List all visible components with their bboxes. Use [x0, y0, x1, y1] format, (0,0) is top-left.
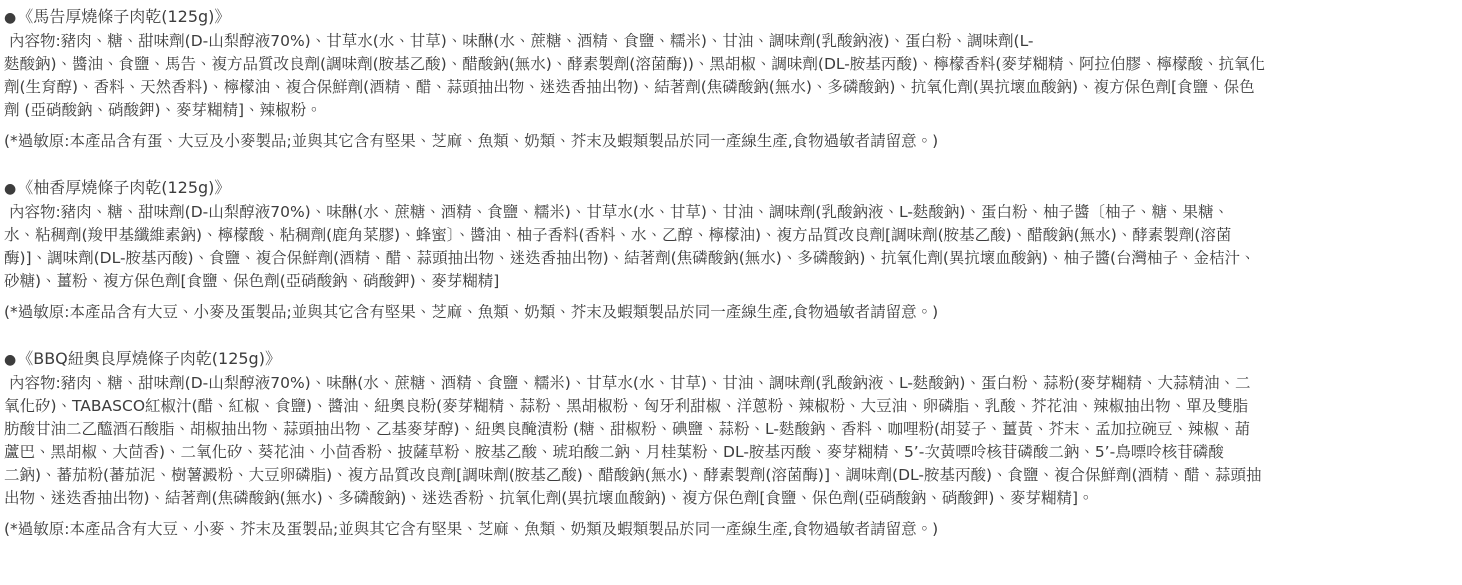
allergen-note: (*過敏原:本產品含有大豆、小麥、芥末及蛋製品;並與其它含有堅果、芝麻、魚類、奶… [4, 518, 1458, 541]
product-block-magao: ●《馬告厚燒條子肉乾(125g)》 內容物:豬肉、糖、甜味劑(D-山梨醇液70%… [4, 5, 1458, 153]
product-block-bbq-neworleans: ●《BBQ紐奧良厚燒條子肉乾(125g)》 內容物:豬肉、糖、甜味劑(D-山梨醇… [4, 347, 1458, 541]
ingredients-text: 內容物:豬肉、糖、甜味劑(D-山梨醇液70%)、味醂(水、蔗糖、酒精、食鹽、糯米… [4, 372, 1458, 510]
product-ingredient-document: ●《馬告厚燒條子肉乾(125g)》 內容物:豬肉、糖、甜味劑(D-山梨醇液70%… [0, 0, 1462, 541]
product-title: ●《馬告厚燒條子肉乾(125g)》 [4, 5, 1458, 30]
allergen-note: (*過敏原:本產品含有蛋、大豆及小麥製品;並與其它含有堅果、芝麻、魚類、奶類、芥… [4, 130, 1458, 153]
product-title: ●《柚香厚燒條子肉乾(125g)》 [4, 176, 1458, 201]
product-title: ●《BBQ紐奧良厚燒條子肉乾(125g)》 [4, 347, 1458, 372]
ingredients-text: 內容物:豬肉、糖、甜味劑(D-山梨醇液70%)、味醂(水、蔗糖、酒精、食鹽、糯米… [4, 201, 1458, 293]
product-title-text: 《柚香厚燒條子肉乾(125g)》 [17, 178, 230, 197]
product-title-text: 《BBQ紐奧良厚燒條子肉乾(125g)》 [17, 349, 281, 368]
bullet-icon: ● [4, 10, 16, 26]
ingredients-text: 內容物:豬肉、糖、甜味劑(D-山梨醇液70%)、甘草水(水、甘草)、味醂(水、蔗… [4, 30, 1458, 122]
allergen-note: (*過敏原:本產品含有大豆、小麥及蛋製品;並與其它含有堅果、芝麻、魚類、奶類、芥… [4, 301, 1458, 324]
bullet-icon: ● [4, 352, 16, 368]
product-block-yuzu: ●《柚香厚燒條子肉乾(125g)》 內容物:豬肉、糖、甜味劑(D-山梨醇液70%… [4, 176, 1458, 324]
bullet-icon: ● [4, 181, 16, 197]
product-title-text: 《馬告厚燒條子肉乾(125g)》 [17, 7, 230, 26]
